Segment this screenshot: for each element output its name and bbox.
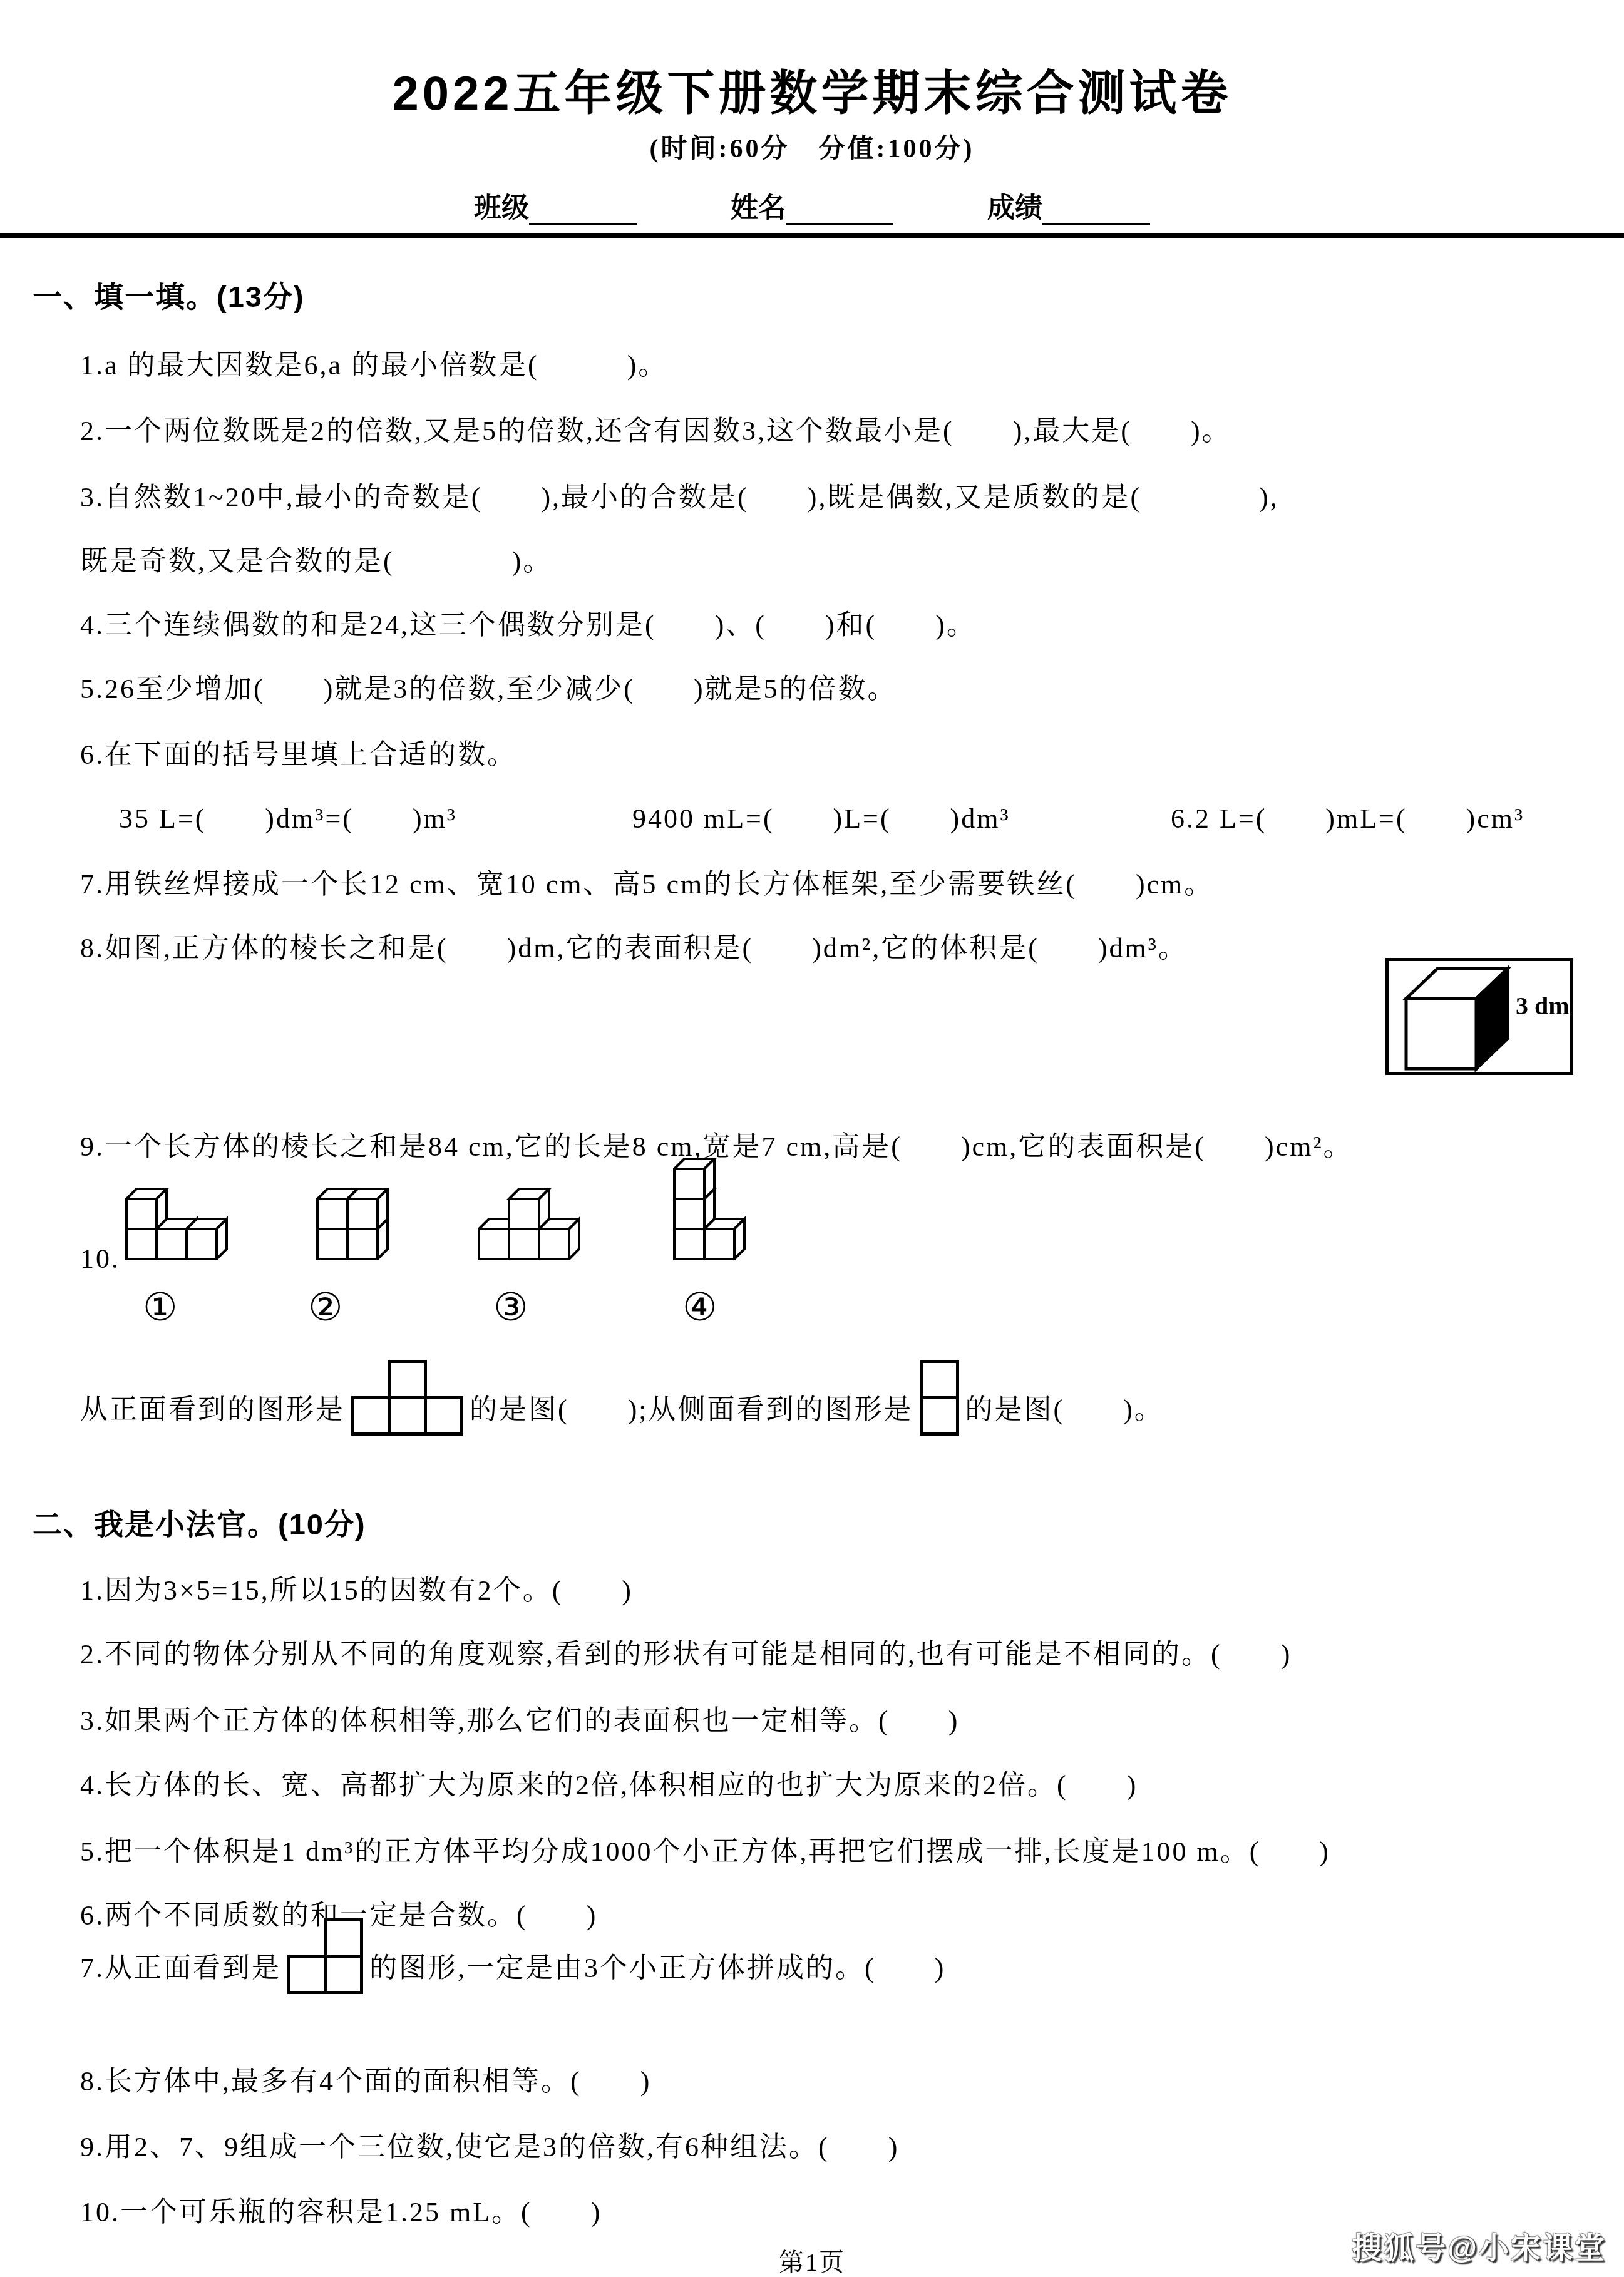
watermark-text: 搜狐号@小宋课堂 — [1352, 2224, 1606, 2267]
cube-edge-label: 3 dm — [1516, 991, 1570, 1020]
question-1: 1.a 的最大因数是6,a 的最小倍数是( )。 — [80, 342, 667, 383]
judge-2: 2.不同的物体分别从不同的角度观察,看到的形状有可能是相同的,也有可能是不相同的… — [80, 1632, 1292, 1672]
judge-4: 4.长方体的长、宽、高都扩大为原来的2倍,体积相应的也扩大为原来的2倍。( ) — [80, 1762, 1138, 1802]
question-4: 4.三个连续偶数的和是24,这三个偶数分别是( )、( )和( )。 — [80, 602, 976, 642]
q10-text-middle: 的是图( );从侧面看到的图形是 — [470, 1387, 913, 1427]
judge-5: 5.把一个体积是1 dm³的正方体平均分成1000个小正方体,再把它们摆成一排,… — [80, 1829, 1330, 1869]
side-view-figure — [920, 1360, 959, 1436]
section2-heading: 二、我是小法官。(10分) — [33, 1501, 366, 1543]
page-title: 2022五年级下册数学期末综合测试卷 — [0, 55, 1624, 123]
j7-text-post: 的图形,一定是由3个小正方体拼成的。( ) — [369, 1945, 945, 1985]
question-3: 3.自然数1~20中,最小的奇数是( ),最小的合数是( ),既是偶数,又是质数… — [80, 475, 1279, 515]
question-2: 2.一个两位数既是2的倍数,又是5的倍数,还含有因数3,这个数最小是( ),最大… — [80, 408, 1231, 448]
judge-10: 10.一个可乐瓶的容积是1.25 mL。( ) — [80, 2189, 602, 2229]
question-3-continued: 既是奇数,又是合数的是( )。 — [80, 538, 552, 578]
question-10-number: 10. — [80, 1243, 120, 1275]
j7-view-figure — [287, 1918, 363, 1994]
student-info-row: 班级 姓名 成绩 — [0, 185, 1624, 225]
question-8: 8.如图,正方体的棱长之和是( )dm,它的表面积是( )dm²,它的体积是( … — [80, 925, 1188, 965]
front-view-figure — [351, 1360, 463, 1436]
name-blank — [786, 192, 893, 225]
header-divider — [0, 233, 1624, 238]
figure-label-1: ① — [143, 1288, 178, 1327]
page-number: 第1页 — [779, 2243, 845, 2277]
question-7: 7.用铁丝焊接成一个长12 cm、宽10 cm、高5 cm的长方体框架,至少需要… — [80, 861, 1213, 902]
judge-9: 9.用2、7、9组成一个三位数,使它是3的倍数,有6种组法。( ) — [80, 2124, 899, 2164]
cube-figure-box: 3 dm — [1385, 958, 1573, 1075]
class-field: 班级 — [474, 185, 637, 225]
figure-label-4: ④ — [682, 1288, 717, 1327]
score-field: 成绩 — [987, 185, 1150, 225]
judge-7-line: 7.从正面看到是 的图形,一定是由3个小正方体拼成的。( ) — [80, 1918, 945, 1994]
q10-text-end: 的是图( )。 — [965, 1387, 1164, 1427]
name-label: 姓名 — [731, 185, 786, 225]
question-6-conversion-b: 9400 mL=( )L=( )dm³ — [632, 796, 1010, 836]
name-field: 姓名 — [731, 185, 893, 225]
blocks-figure-1 — [125, 1188, 228, 1260]
judge-8: 8.长方体中,最多有4个面的面积相等。( ) — [80, 2059, 651, 2099]
q10-text-front: 从正面看到的图形是 — [80, 1387, 345, 1427]
blocks-figure-4 — [673, 1158, 746, 1260]
class-blank — [529, 192, 637, 225]
score-label: 成绩 — [987, 185, 1042, 225]
question-10-view-line: 从正面看到的图形是 的是图( );从侧面看到的图形是 的是图( )。 — [80, 1360, 1164, 1436]
class-label: 班级 — [474, 185, 529, 225]
blocks-figure-2 — [316, 1188, 389, 1260]
judge-1: 1.因为3×5=15,所以15的因数有2个。( ) — [80, 1568, 633, 1608]
figure-label-2: ② — [308, 1288, 343, 1327]
blocks-figure-3 — [478, 1188, 580, 1260]
page-subtitle: (时间:60分 分值:100分) — [0, 128, 1624, 165]
score-blank — [1042, 192, 1150, 225]
judge-3: 3.如果两个正方体的体积相等,那么它们的表面积也一定相等。( ) — [80, 1698, 959, 1738]
question-5: 5.26至少增加( )就是3的倍数,至少减少( )就是5的倍数。 — [80, 666, 897, 706]
question-6: 6.在下面的括号里填上合适的数。 — [80, 732, 516, 772]
j7-text-pre: 7.从正面看到是 — [80, 1945, 281, 1985]
figure-label-3: ③ — [493, 1288, 528, 1327]
section1-heading: 一、填一填。(13分) — [33, 274, 305, 316]
question-6-conversion-a: 35 L=( )dm³=( )m³ — [119, 796, 457, 836]
question-6-conversion-c: 6.2 L=( )mL=( )cm³ — [1171, 796, 1524, 836]
test-paper-page: 2022五年级下册数学期末综合测试卷 (时间:60分 分值:100分) 班级 姓… — [0, 0, 1624, 2277]
